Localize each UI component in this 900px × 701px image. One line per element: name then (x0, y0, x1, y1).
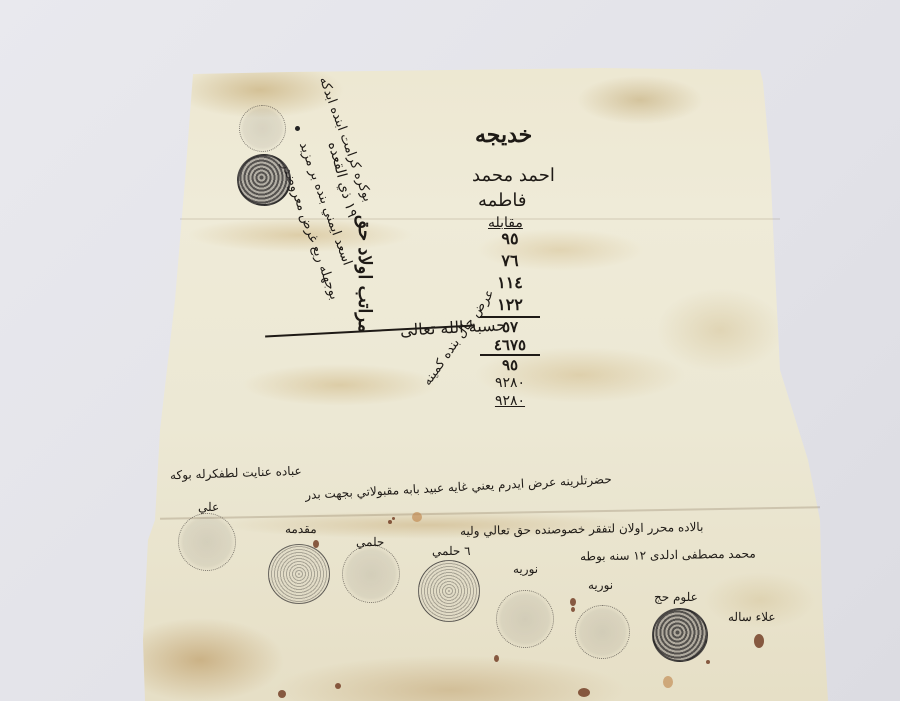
seal (575, 605, 630, 659)
seal (268, 544, 330, 604)
number: ٩٢٨٠ (480, 392, 540, 410)
header-line: فاطمه (478, 190, 526, 211)
seal (239, 105, 286, 152)
rust-spot (295, 126, 300, 131)
fold-line (180, 218, 780, 220)
rust-spot (570, 598, 576, 606)
seal-label: علوم حج (654, 590, 698, 604)
seal-label: علي (198, 500, 219, 514)
rust-spot (571, 607, 575, 612)
seal-label: مقدمه (285, 522, 317, 536)
number: ٩٢٨٠ (480, 374, 540, 392)
seal-label: ٦ حلمي (432, 544, 471, 558)
seal (342, 545, 400, 603)
number: ٧٦ (480, 250, 540, 272)
rust-spot (392, 517, 395, 520)
rust-spot (578, 688, 590, 697)
rust-spot (706, 660, 710, 664)
rust-spot (335, 683, 341, 689)
seal-label: حلمي (356, 535, 384, 549)
rust-spot (663, 676, 673, 688)
number: ٩٥ (480, 228, 540, 250)
document-photo: خدیجه احمد محمد فاطمه مقابله ٩٥ ٧٦ ١١٤ ١… (0, 0, 900, 701)
seal (418, 560, 480, 622)
number: ٩٥ (480, 354, 540, 374)
seal (652, 608, 708, 662)
rust-spot (412, 512, 422, 522)
rust-spot (313, 540, 319, 548)
rust-spot (388, 520, 392, 524)
seal-label: علاء ساله (728, 610, 776, 624)
header-line: احمد محمد (472, 165, 555, 186)
rust-spot (278, 690, 286, 698)
seal-label: نوريه (588, 578, 613, 592)
number: ٤٦٧٥ (480, 336, 540, 354)
side-column-text: مراتب اولاد حق (354, 215, 375, 333)
header-line: خدیجه (475, 122, 532, 148)
rust-spot (754, 634, 764, 648)
seal (178, 513, 236, 571)
rust-spot (494, 655, 499, 662)
seal (237, 154, 291, 206)
seal-label: نوريه (513, 562, 538, 576)
seal (496, 590, 554, 648)
